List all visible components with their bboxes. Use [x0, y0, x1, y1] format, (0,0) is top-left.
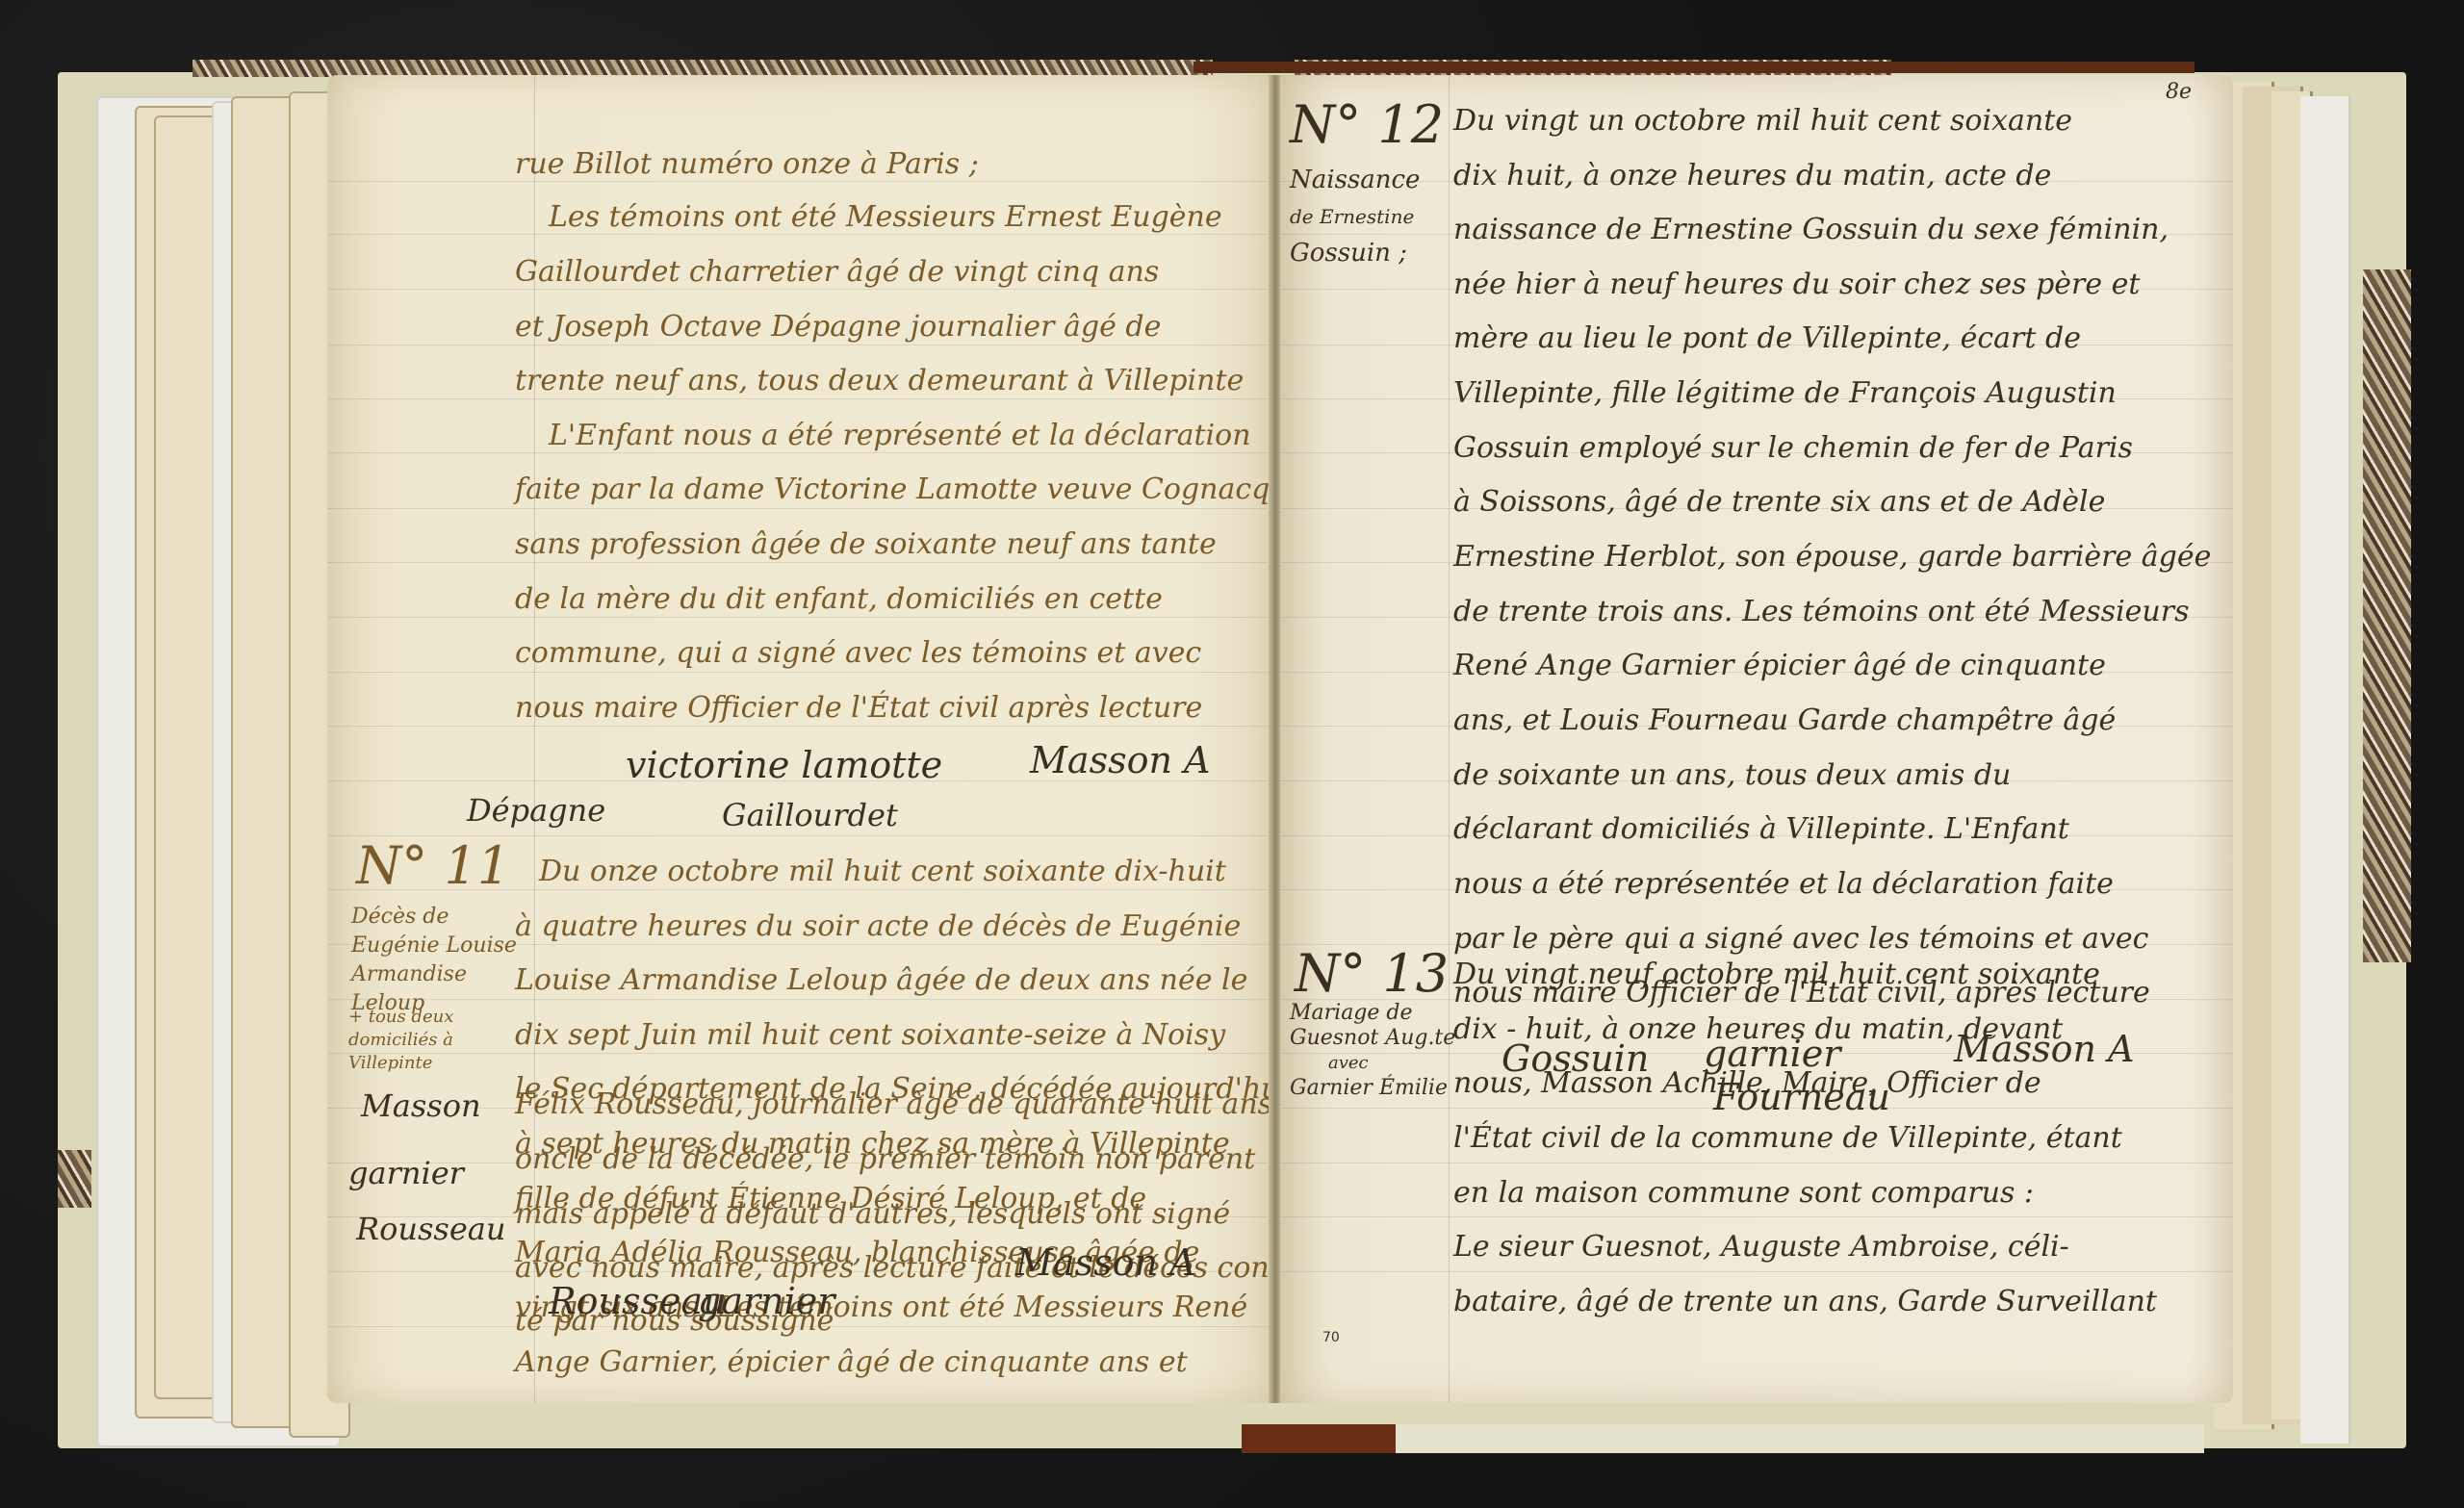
- text-line: Les témoins ont été Messieurs Ernest Eug…: [549, 200, 1222, 234]
- margin-title: Décès de Eugénie Louise Armandise Leloup: [351, 903, 517, 1018]
- text-line: de la mère du dit enfant, domiciliés en …: [515, 582, 1163, 616]
- signature-lamotte: victorine lamotte: [626, 744, 942, 786]
- text-line: Gossuin employé sur le chemin de fer de …: [1453, 431, 2133, 465]
- margin-title: Mariage de Guesnot Aug.te avec Garnier É…: [1290, 1001, 1455, 1101]
- text-line: Du onze octobre mil huit cent soixante d…: [539, 855, 1226, 888]
- signature-gaillourdet: Gaillourdet: [722, 797, 898, 833]
- text-line: mais appelé à défaut d'autres, lesquels …: [515, 1197, 1230, 1231]
- entry-number: N° 12: [1290, 94, 1444, 155]
- text-line: rue Billot numéro onze à Paris ;: [515, 147, 979, 181]
- signature-masson: Masson A: [1015, 1241, 1195, 1284]
- text-line: nous a été représentée et la déclaration…: [1453, 867, 2114, 901]
- text-line: et Joseph Octave Dépagne journalier âgé …: [515, 310, 1161, 344]
- text-line: née hier à neuf heures du soir chez ses …: [1453, 268, 2140, 301]
- text-line: par le père qui a signé avec les témoins…: [1453, 922, 2148, 956]
- text-line: dix sept Juin mil huit cent soixante-sei…: [515, 1018, 1225, 1052]
- text-line: René Ange Garnier épicier âgé de cinquan…: [1453, 649, 2106, 682]
- text-line: Gaillourdet charretier âgé de vingt cinq…: [515, 255, 1159, 289]
- marbled-edge-right: [2363, 269, 2411, 962]
- text-line: commune, qui a signé avec les témoins et…: [515, 636, 1201, 670]
- text-line: de soixante un ans, tous deux amis du: [1453, 758, 2011, 792]
- entry-number: N° 11: [356, 835, 510, 896]
- folio-number: 8e: [2166, 80, 2192, 104]
- page-edge: [2300, 96, 2351, 1444]
- signature-garnier: garnier: [698, 1280, 834, 1322]
- text-line: naissance de Ernestine Gossuin du sexe f…: [1453, 213, 2169, 246]
- text-line: Ange Garnier, épicier âgé de cinquante a…: [515, 1345, 1188, 1379]
- signature-masson: Masson A: [1030, 739, 1210, 781]
- text-line: nous, Masson Achille, Maire, Officier de: [1453, 1066, 2041, 1100]
- page-stamp: 70: [1322, 1330, 1340, 1345]
- text-line: oncle de la décédée, le premier témoin n…: [515, 1142, 1255, 1176]
- text-line: dix huit, à onze heures du matin, acte d…: [1453, 159, 2051, 192]
- text-line: à Soissons, âgé de trente six ans et de …: [1453, 485, 2105, 519]
- text-line: L'Enfant nous a été représenté et la déc…: [549, 419, 1251, 452]
- margin-signature-masson: Masson: [361, 1087, 481, 1124]
- text-line: sans profession âgée de soixante neuf an…: [515, 527, 1217, 561]
- text-line: faite par la dame Victorine Lamotte veuv…: [515, 473, 1270, 506]
- text-line: en la maison commune sont comparus :: [1453, 1176, 2034, 1210]
- text-line: Le sieur Guesnot, Auguste Ambroise, céli…: [1453, 1230, 2069, 1264]
- margin-note: + tous deux domiciliés à Villepinte: [348, 1006, 453, 1075]
- spine-leather: [1193, 62, 2194, 73]
- margin-signature-rousseau: Rousseau: [356, 1211, 505, 1247]
- text-line: dix - huit, à onze heures du matin, deva…: [1453, 1012, 2063, 1046]
- text-line: Louise Armandise Leloup âgée de deux ans…: [515, 963, 1247, 997]
- text-line: à quatre heures du soir acte de décès de…: [515, 909, 1241, 943]
- text-line: Du vingt neuf octobre mil huit cent soix…: [1453, 958, 2100, 991]
- text-line: mère au lieu le pont de Villepinte, écar…: [1453, 321, 2081, 355]
- text-line: trente neuf ans, tous deux demeurant à V…: [515, 364, 1244, 397]
- text-line: nous maire Officier de l'État civil aprè…: [515, 691, 1202, 725]
- text-line: bataire, âgé de trente un ans, Garde Sur…: [1453, 1285, 2157, 1318]
- marbled-edge-left: [58, 1150, 91, 1208]
- text-line: Villepinte, fille légitime de François A…: [1453, 376, 2117, 410]
- text-line: Ernestine Herblot, son épouse, garde bar…: [1453, 540, 2211, 574]
- text-line: Du vingt un octobre mil huit cent soixan…: [1453, 104, 2072, 138]
- text-line: déclarant domiciliés à Villepinte. L'Enf…: [1453, 812, 2069, 846]
- margin-title: Naissance de Ernestine Gossuin ;: [1290, 162, 1420, 271]
- signature-depagne: Dépagne: [467, 792, 605, 829]
- spine-bottom: [1242, 1424, 1396, 1453]
- entry-number: N° 13: [1295, 943, 1449, 1004]
- margin-signature-garnier: garnier: [348, 1155, 464, 1191]
- text-line: ans, et Louis Fourneau Garde champêtre â…: [1453, 703, 2116, 737]
- text-line: de trente trois ans. Les témoins ont été…: [1453, 595, 2190, 628]
- text-line: Félix Rousseau, journalier âgé de quaran…: [515, 1087, 1272, 1121]
- text-line: l'État civil de la commune de Villepinte…: [1453, 1121, 2122, 1155]
